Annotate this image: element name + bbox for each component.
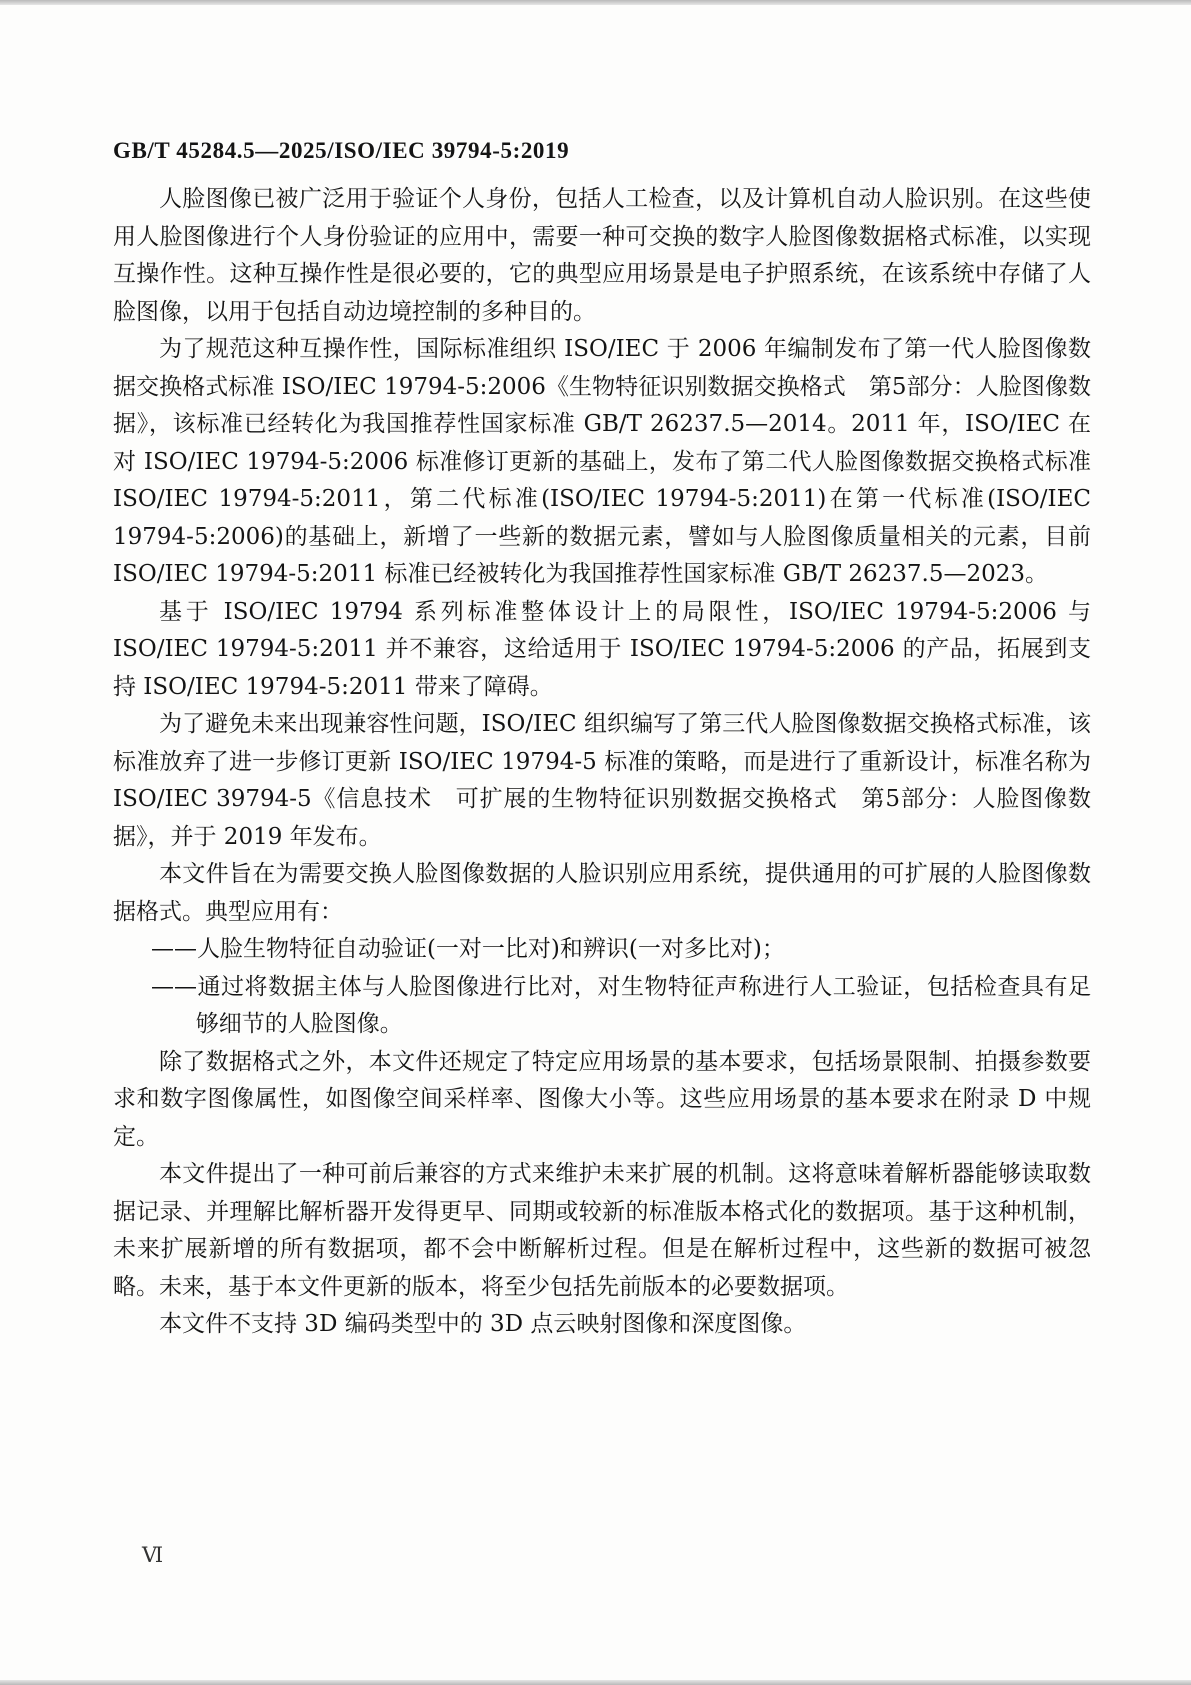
application-list-item-2: ——通过将数据主体与人脸图像进行比对，对生物特征声称进行人工验证，包括检查具有足…	[196, 969, 1091, 1044]
foreword-paragraph-8: 本文件不支持 3D 编码类型中的 3D 点云映射图像和深度图像。	[113, 1306, 1091, 1344]
scan-edge-top	[0, 0, 1191, 5]
application-list-item-1: ——人脸生物特征自动验证(一对一比对)和辨识(一对多比对)；	[196, 931, 1091, 969]
foreword-body: 人脸图像已被广泛用于验证个人身份，包括人工检查，以及计算机自动人脸识别。在这些使…	[113, 181, 1091, 1344]
foreword-paragraph-1: 人脸图像已被广泛用于验证个人身份，包括人工检查，以及计算机自动人脸识别。在这些使…	[113, 181, 1091, 331]
standard-number-header: GB/T 45284.5—2025/ISO/IEC 39794-5:2019	[113, 138, 569, 164]
foreword-paragraph-4: 为了避免未来出现兼容性问题，ISO/IEC 组织编写了第三代人脸图像数据交换格式…	[113, 706, 1091, 856]
foreword-paragraph-5: 本文件旨在为需要交换人脸图像数据的人脸识别应用系统，提供通用的可扩展的人脸图像数…	[113, 856, 1091, 931]
foreword-paragraph-7: 本文件提出了一种可前后兼容的方式来维护未来扩展的机制。这将意味着解析器能够读取数…	[113, 1156, 1091, 1306]
page-number: Ⅵ	[142, 1543, 163, 1568]
foreword-paragraph-2: 为了规范这种互操作性，国际标准组织 ISO/IEC 于 2006 年编制发布了第…	[113, 331, 1091, 594]
foreword-paragraph-6: 除了数据格式之外，本文件还规定了特定应用场景的基本要求，包括场景限制、拍摄参数要…	[113, 1044, 1091, 1157]
scan-edge-bottom	[0, 1680, 1191, 1685]
foreword-paragraph-3: 基于 ISO/IEC 19794 系列标准整体设计上的局限性，ISO/IEC 1…	[113, 594, 1091, 707]
document-page: GB/T 45284.5—2025/ISO/IEC 39794-5:2019 人…	[0, 0, 1191, 1685]
